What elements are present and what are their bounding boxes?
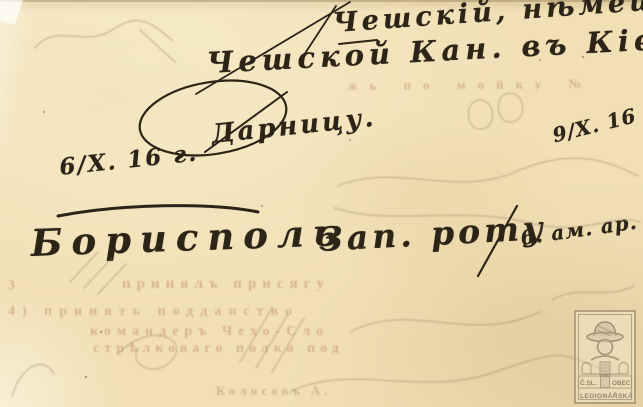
ghost-print-margin-number: 3 [8,278,15,294]
stamp-text-legionarska: LEGIONÁŘSKÁ [580,391,633,400]
stamp-text-csl: Č.SL. [580,378,597,387]
ghost-print-oath-line: принялъ присягу [122,276,330,293]
scanned-document: жь по мойку № 3 принялъ присягу 4) приня… [0,0,643,407]
stamp-small-shield [601,377,610,388]
ghost-print-signature: Колясовъ А. [216,383,332,399]
ghost-print-top-line: жь по мойку № [348,76,594,94]
handwriting-place: Борисполь [30,210,347,265]
ghost-print-commander-line1: командеръ Чехо-Сло [90,324,329,340]
ghost-print-commander-line2: стрѣлковаго полка под [93,341,344,357]
handwriting-destination: Дарницу. [210,103,378,150]
handwriting-assignment: Зап. роту [318,208,548,259]
paper-corner-highlight [0,0,24,25]
stamp-text-obec: OBEC [612,380,631,387]
ghost-print-item4-line: 4) принять подданство [8,304,299,320]
legion-stamp: Č.SL. OBEC LEGIONÁŘSKÁ [574,310,636,404]
handwriting-date-left: 6/X. 16 г. [58,139,199,180]
handwriting-date-top-right: 9/X. 16 [550,103,639,147]
